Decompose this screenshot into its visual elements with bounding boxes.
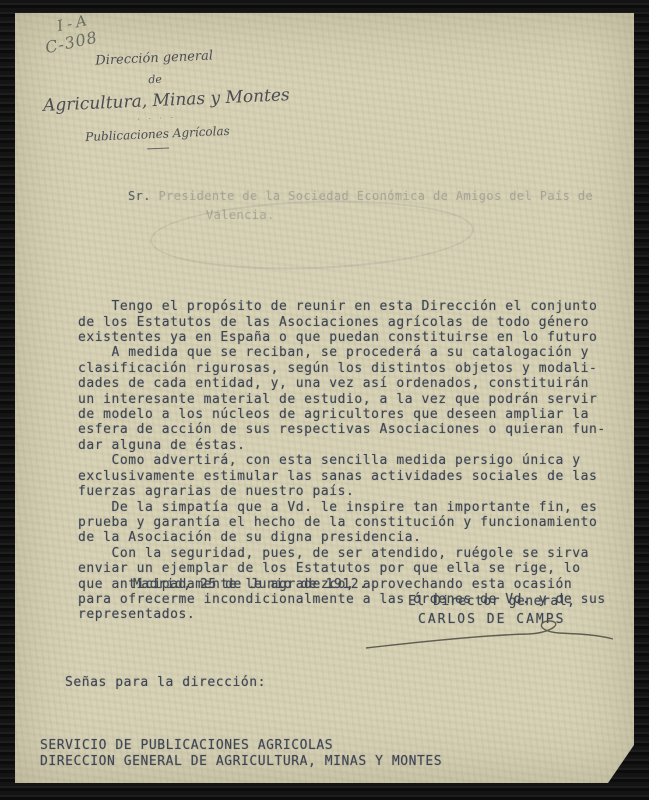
letter-body-line: de los Estatutos de las Asociaciones agr… <box>78 315 626 330</box>
recipient-salutation: Sr. <box>128 189 159 203</box>
footer-address: SERVICIO DE PUBLICACIONES AGRICOLASDIREC… <box>40 691 442 770</box>
letterhead: Dirección general de Agricultura, Minas … <box>41 46 271 154</box>
letter-paper: I-A C-308 Dirección general de Agricultu… <box>15 13 634 783</box>
letter-body: Tengo el propósito de reunir en esta Dir… <box>78 253 626 623</box>
signature-rubric-flourish <box>363 611 619 659</box>
footer-heading: Señas para la dirección: <box>65 675 266 690</box>
footer-address-line: SERVICIO DE PUBLICACIONES AGRICOLAS <box>40 738 442 754</box>
letter-body-line: enviar un ejemplar de los Estatutos por … <box>78 561 626 576</box>
letter-body-line: Tengo el propósito de reunir en esta Dir… <box>78 299 626 314</box>
letter-body-line: fuerzas agrarias de nuestro país. <box>78 484 626 499</box>
recipient-line1: Sr. Presidente de la Sociedad Económica … <box>128 189 593 203</box>
letter-body-line: de la Asociación de su digna presidencia… <box>78 530 626 545</box>
letter-body-line: De la simpatía que a Vd. le inspire tan … <box>78 500 626 515</box>
letter-body-line: A medida que se reciban, se procederá a … <box>78 345 626 360</box>
archival-pencil-marks: I-A C-308 <box>40 10 100 57</box>
letterhead-rule <box>147 147 169 149</box>
letter-body-line: exclusivamente estimular las sanas activ… <box>78 469 626 484</box>
letter-body-line: existentes ya en España o que puedan con… <box>78 330 626 345</box>
letter-body-line: un interesante material de estudio, a la… <box>78 392 626 407</box>
letter-body-line: Con la seguridad, pues, de ser atendido,… <box>78 546 626 561</box>
letter-body-line: clasificación rigurosas, según los disti… <box>78 361 626 376</box>
letter-body-line: de modelo a los núcleos de agricultores … <box>78 407 626 422</box>
recipient-line2: Valencia. <box>206 208 275 222</box>
letter-body-line: dar alguna de éstas. <box>78 438 626 453</box>
letter-body-line: Como advertirá, con esta sencilla medida… <box>78 453 626 468</box>
photographed-letter-scene: { "archival_marks": { "mark1": "I-A", "m… <box>0 0 649 800</box>
date-line: Madrid, 25 de Junio de 1912. <box>133 577 368 592</box>
letter-body-line: esfera de acción de sus respectivas Asoc… <box>78 422 626 437</box>
recipient-name-faint: Presidente de la Sociedad Económica de A… <box>159 189 594 203</box>
letter-body-line: dades de cada entidad, y, una vez así or… <box>78 376 626 391</box>
signature-role: El Director general, <box>408 594 576 609</box>
footer-address-line: DIRECCION GENERAL DE AGRICULTURA, MINAS … <box>40 754 442 770</box>
archival-mark-2: C-308 <box>43 27 99 57</box>
letter-body-line: prueba y garantía el hecho de la constit… <box>78 515 626 530</box>
